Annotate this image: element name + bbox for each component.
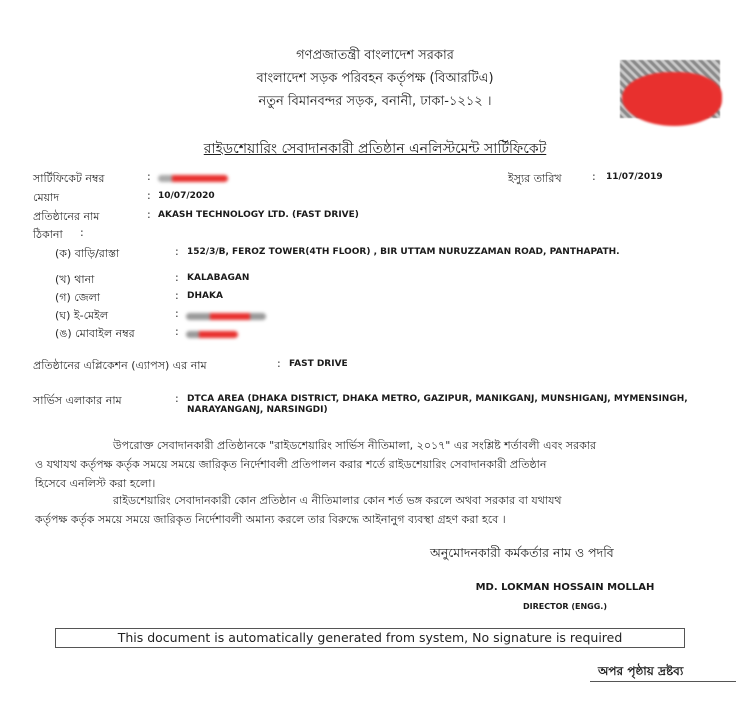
qr-redaction (622, 72, 722, 126)
certificate-no-redacted (158, 175, 228, 182)
issue-date-label: ইস্যুর তারিখ (508, 170, 562, 189)
org-name-value: AKASH TECHNOLOGY LTD. (FAST DRIVE) (158, 210, 359, 220)
signatory-name: MD. LOKMAN HOSSAIN MOLLAH (400, 582, 730, 593)
house-value: 152/3/B, FEROZ TOWER(4TH FLOOR) , BIR UT… (187, 247, 620, 257)
colon: : (175, 325, 179, 338)
colon: : (80, 226, 84, 239)
colon: : (175, 392, 179, 405)
validity-label: মেয়াদ (33, 189, 59, 208)
paragraph-1-line-1: উপরোক্ত সেবাদানকারী প্রতিষ্ঠানকে "রাইডশে… (113, 436, 596, 455)
colon: : (147, 208, 151, 221)
overleaf-underline (590, 681, 736, 682)
auto-generated-notice: This document is automatically generated… (55, 628, 685, 648)
district-label: (গ) জেলা (55, 289, 100, 308)
validity-value: 10/07/2020 (158, 191, 215, 201)
colon: : (175, 245, 179, 258)
email-redacted (186, 313, 266, 320)
org-name-label: প্রতিষ্ঠানের নাম (33, 208, 99, 227)
issue-date-value: 11/07/2019 (606, 172, 663, 182)
signatory-designation: DIRECTOR (ENGG.) (400, 602, 730, 611)
signatory-heading: অনুমোদনকারী কর্মকর্তার নাম ও পদবি (430, 545, 614, 565)
mobile-redacted (186, 331, 238, 338)
see-overleaf-note: অপর পৃষ্ঠায় দ্রষ্টব্য (598, 663, 683, 683)
service-area-value-line2: NARAYANGANJ, NARSINGDI) (187, 405, 328, 415)
colon: : (147, 189, 151, 202)
colon: : (175, 271, 179, 284)
certificate-title: রাইডশেয়ারিং সেবাদানকারী প্রতিষ্ঠান এনলি… (0, 137, 750, 161)
certificate-no-label: সার্টিফিকেট নম্বর (33, 170, 105, 189)
paragraph-2-line-1: রাইডশেয়ারিং সেবাদানকারী কোন প্রতিষ্ঠান … (113, 491, 562, 510)
district-value: DHAKA (187, 291, 223, 301)
paragraph-1-line-2: ও যথাযথ কর্তৃপক্ষ কর্তৃক সময়ে সময়ে জার… (35, 455, 546, 474)
colon: : (592, 170, 596, 183)
app-name-label: প্রতিষ্ঠানের এপ্লিকেশন (এ্যাপস) এর নাম (33, 357, 207, 376)
colon: : (147, 170, 151, 183)
mobile-label: (ঙ) মোবাইল নম্বর (55, 325, 135, 344)
house-label: (ক) বাড়ি/রাস্তা (55, 245, 119, 264)
colon: : (175, 307, 179, 320)
address-label: ঠিকানা (33, 226, 63, 245)
service-area-label: সার্ভিস এলাকার নাম (33, 392, 122, 411)
paragraph-2-line-2: কর্তৃপক্ষ কর্তৃক সময়ে সময়ে জারিকৃত নির… (35, 510, 506, 529)
colon: : (277, 357, 281, 370)
email-label: (ঘ) ই-মেইল (55, 307, 108, 326)
app-name-value: FAST DRIVE (289, 359, 348, 369)
thana-label: (খ) থানা (55, 271, 94, 290)
service-area-value-line1: DTCA AREA (DHAKA DISTRICT, DHAKA METRO, … (187, 394, 688, 404)
thana-value: KALABAGAN (187, 273, 249, 283)
colon: : (175, 289, 179, 302)
